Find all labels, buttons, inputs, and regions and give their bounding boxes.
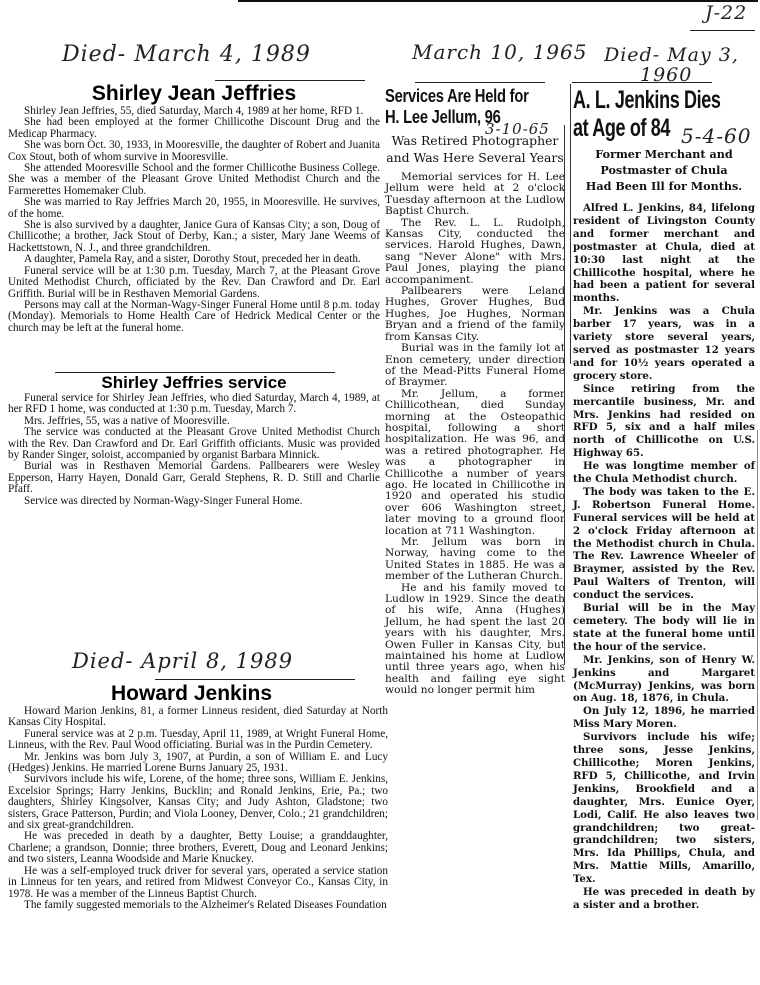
- shirley-service-headline: Shirley Jeffries service: [8, 373, 380, 393]
- paragraph: The service was conducted at the Pleasan…: [8, 427, 380, 461]
- top-border-rule: [238, 0, 758, 2]
- alfred-headline-rule: [572, 82, 712, 83]
- shirley-service-notice: Shirley Jeffries service Funeral service…: [8, 373, 380, 507]
- paragraph: Survivors include his wife, Lorene, of t…: [8, 774, 388, 831]
- paragraph: She was born Oct. 30, 1933, in Mooresvil…: [8, 140, 380, 163]
- paragraph: Funeral service will be at 1:30 p.m. Tue…: [8, 266, 380, 300]
- file-mark-annotation: J-22: [705, 2, 747, 24]
- paragraph: Since retiring from the mercantile busin…: [573, 383, 755, 460]
- paragraph: Mr. Jellum was born in Norway, having co…: [385, 537, 565, 583]
- alfred-obituary: A. L. Jenkins Dies at Age of 84 5-4-60 F…: [573, 86, 755, 912]
- paragraph: Funeral service was at 2 p.m. Tuesday, A…: [8, 729, 388, 752]
- paragraph: Mr. Jenkins, son of Henry W. Jenkins and…: [573, 654, 755, 706]
- howard-headline: Howard Jenkins: [8, 681, 388, 706]
- right-edge-rule: [757, 430, 758, 820]
- alfred-deck-line2: Postmaster of Chula: [573, 162, 755, 178]
- paragraph: Survivors include his wife; three sons, …: [573, 731, 755, 886]
- paragraph: She attended Mooresville School and the …: [8, 163, 380, 197]
- howard-died-annotation: Died- April 8, 1989: [72, 649, 293, 673]
- paragraph: On July 12, 1896, he married Miss Mary M…: [573, 705, 755, 731]
- paragraph: Burial will be in the May cemetery. The …: [573, 602, 755, 654]
- shirley-died-annotation: Died- March 4, 1989: [62, 42, 311, 67]
- paragraph: He was a self-employed truck driver for …: [8, 866, 388, 900]
- paragraph: Burial was in Resthaven Memorial Gardens…: [8, 461, 380, 495]
- headline-rule: [215, 80, 365, 81]
- jellum-deck-line2: and Was Here Several Years: [385, 149, 565, 166]
- paragraph: She is also survived by a daughter, Jani…: [8, 220, 380, 254]
- paragraph: The body was taken to the E. J. Robertso…: [573, 486, 755, 602]
- paragraph: Pallbearers were Leland Hughes, Grover H…: [385, 286, 565, 343]
- paragraph: The Rev. L. L. Rudolph, Kansas City, con…: [385, 218, 565, 286]
- paragraph: Funeral service for Shirley Jean Jeffrie…: [8, 393, 380, 416]
- paragraph: Memorial services for H. Lee Jellum were…: [385, 172, 565, 218]
- paragraph: She was married to Ray Jeffries March 20…: [8, 197, 380, 220]
- jellum-obituary: Services Are Held for H. Lee Jellum, 96 …: [385, 86, 565, 697]
- paragraph: The family suggested memorials to the Al…: [8, 900, 388, 911]
- jellum-headline-line1: Services Are Held for: [385, 86, 533, 107]
- alfred-deck-line3: Had Been Ill for Months.: [573, 178, 755, 194]
- jellum-short-date-annotation: 3-10-65: [485, 120, 550, 138]
- shirley-obituary: Shirley Jean Jeffries Shirley Jean Jeffr…: [8, 82, 380, 334]
- paragraph: Mr. Jellum, a former Chillicothean, died…: [385, 389, 565, 537]
- right-column-border: [570, 84, 571, 364]
- jellum-date-annotation: March 10, 1965: [412, 40, 587, 64]
- alfred-deck-line1: Former Merchant and: [573, 146, 755, 162]
- paragraph: A daughter, Pamela Ray, and a sister, Do…: [8, 254, 380, 265]
- paragraph: Persons may call at the Norman-Wagy-Sing…: [8, 300, 380, 334]
- column-divider: [564, 125, 565, 665]
- shirley-headline: Shirley Jean Jeffries: [8, 82, 380, 106]
- paragraph: He and his family moved to Ludlow in 192…: [385, 583, 565, 697]
- paragraph: Mr. Jenkins was born July 3, 1907, at Pu…: [8, 752, 388, 775]
- alfred-died-annotation-line1: Died- May 3,: [604, 44, 739, 66]
- jellum-headline-rule: [415, 82, 545, 83]
- howard-obituary: Howard Jenkins Howard Marion Jenkins, 81…: [8, 681, 388, 911]
- paragraph: Service was directed by Norman-Wagy-Sing…: [8, 496, 380, 507]
- file-mark-underline: [690, 30, 755, 31]
- paragraph: Alfred L. Jenkins, 84, lifelong resident…: [573, 202, 755, 305]
- paragraph: Burial was in the family lot at Enon cem…: [385, 343, 565, 389]
- howard-headline-rule: [155, 679, 355, 680]
- paragraph: Howard Marion Jenkins, 81, a former Linn…: [8, 706, 388, 729]
- paragraph: Mr. Jenkins was a Chula barber 17 years,…: [573, 305, 755, 382]
- alfred-headline-line1: A. L. Jenkins Dies: [573, 86, 704, 114]
- paragraph: He was preceded in death by a sister and…: [573, 886, 755, 912]
- paragraph: He was preceded in death by a daughter, …: [8, 831, 388, 865]
- alfred-short-date-annotation: 5-4-60: [681, 124, 751, 148]
- paragraph: He was longtime member of the Chula Meth…: [573, 460, 755, 486]
- paragraph: She had been employed at the former Chil…: [8, 117, 380, 140]
